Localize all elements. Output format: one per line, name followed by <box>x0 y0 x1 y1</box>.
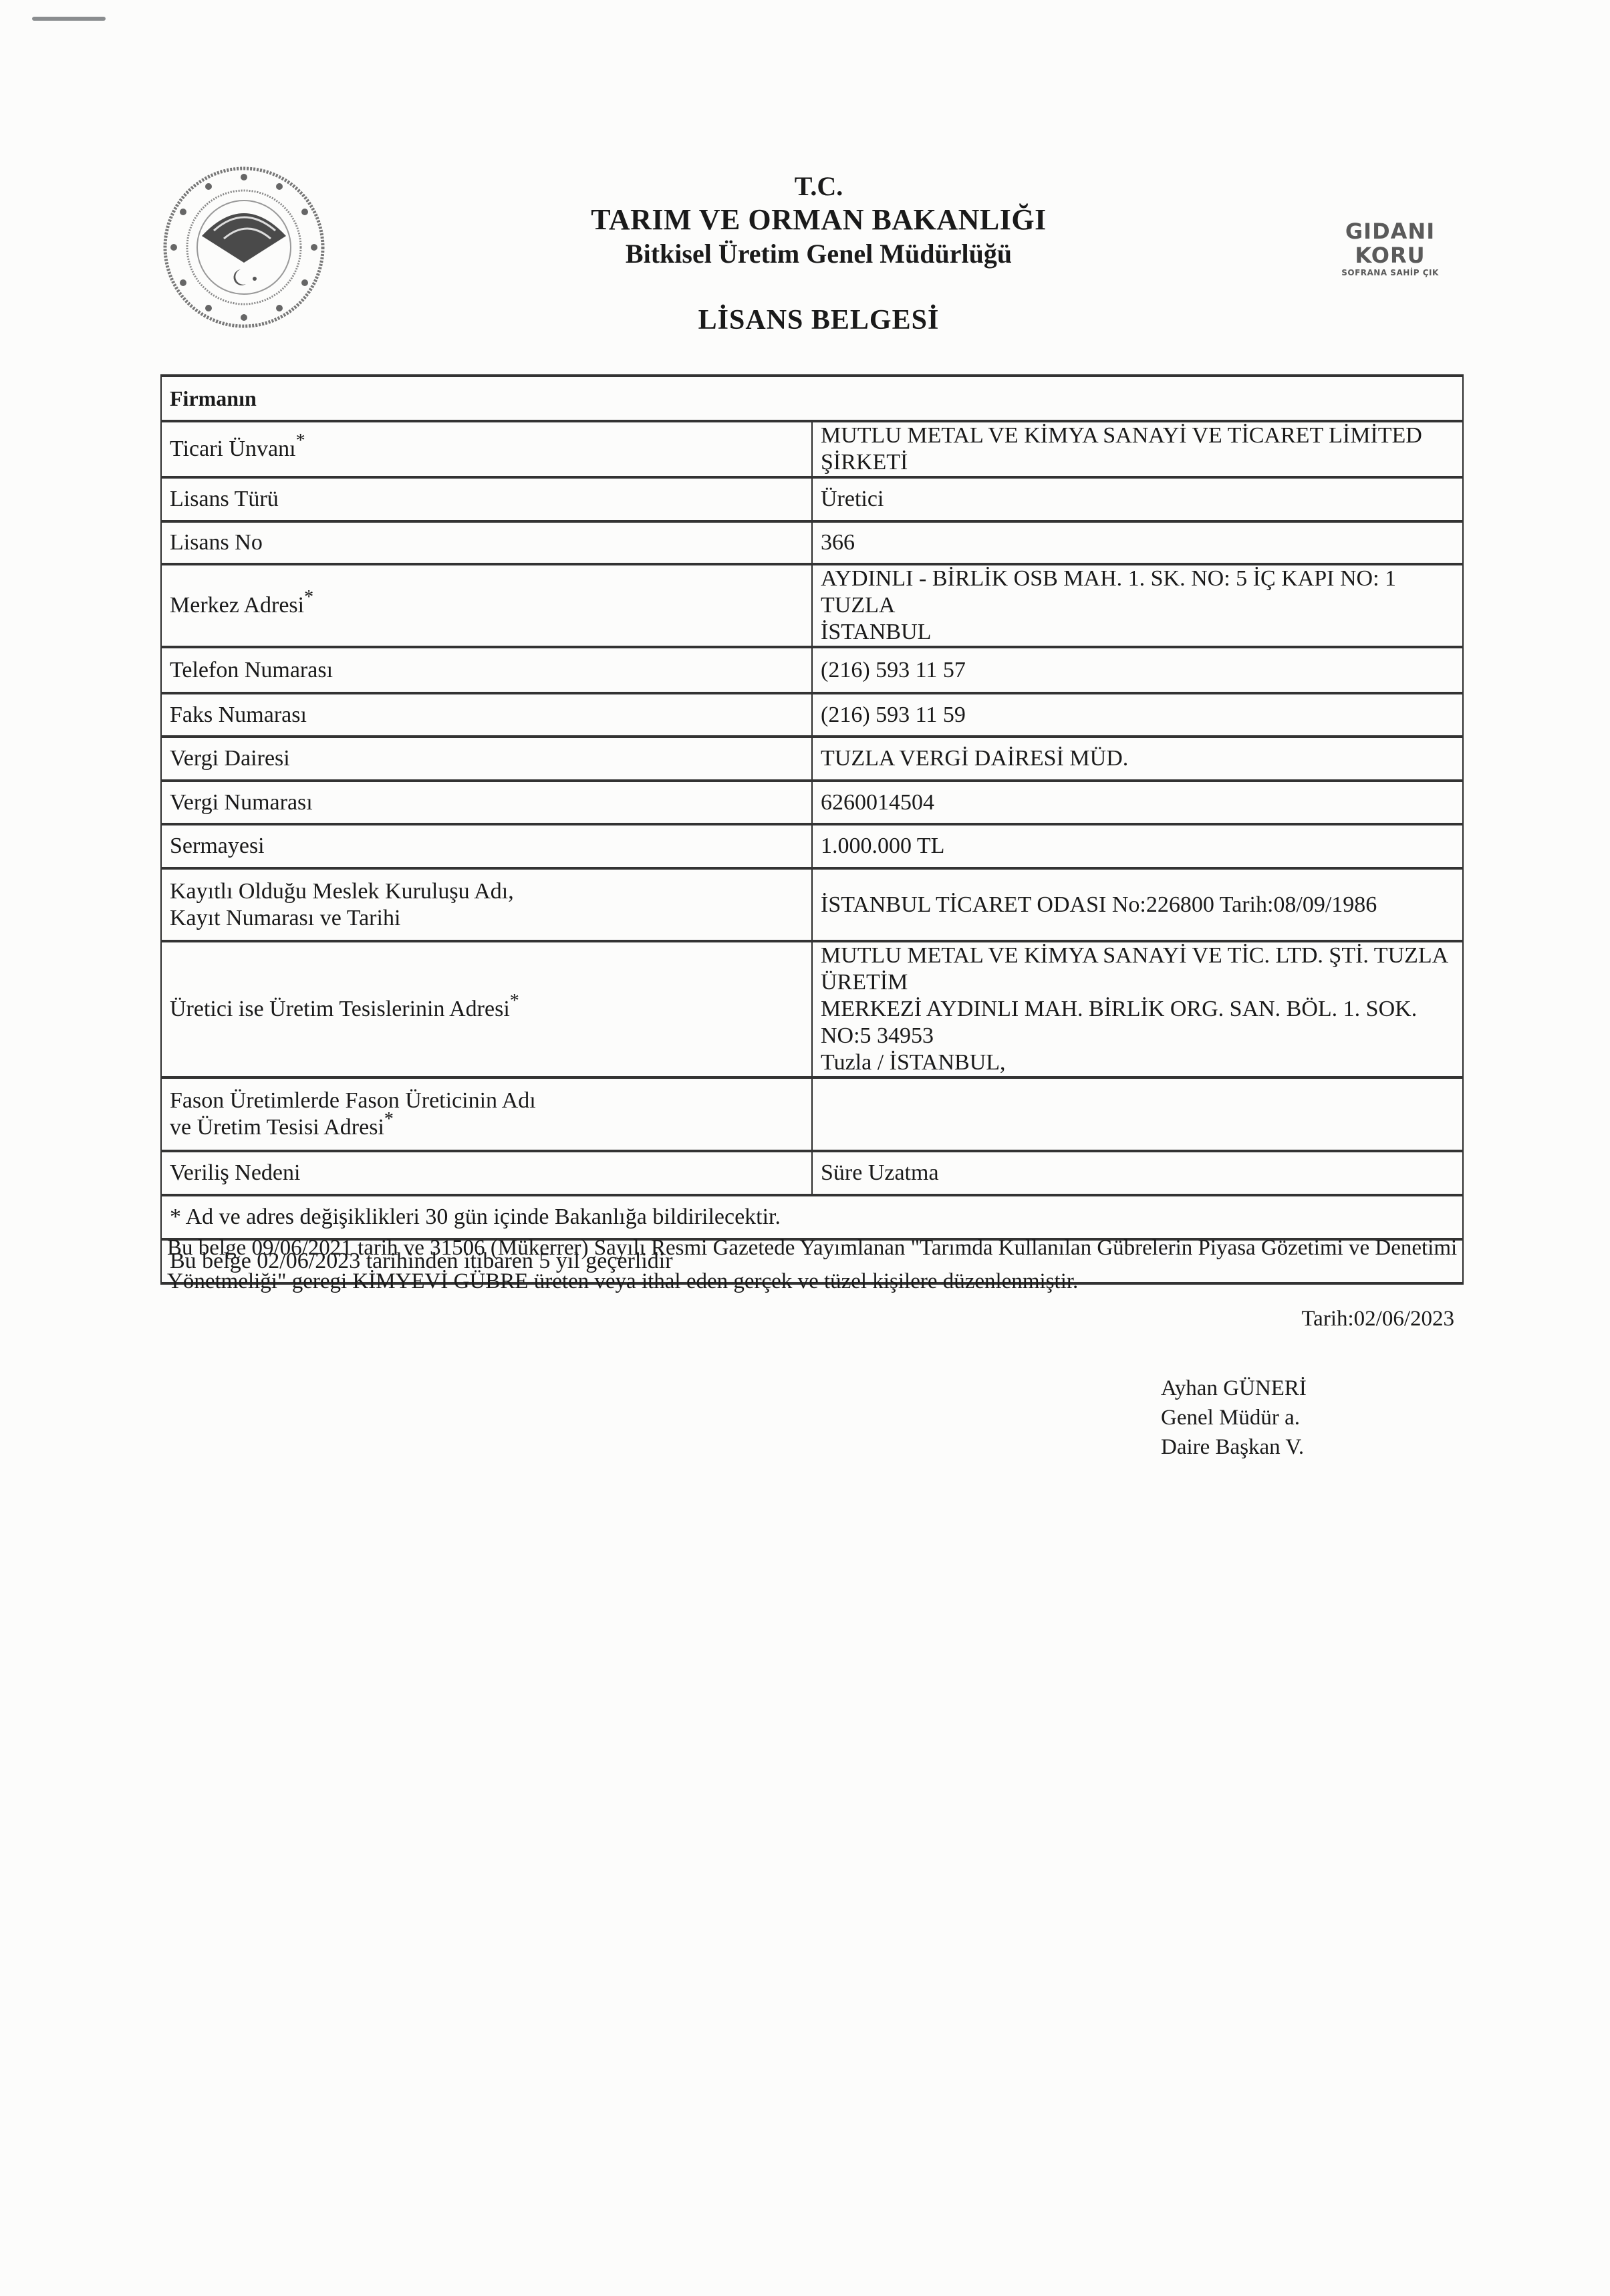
table-row: Telefon Numarası(216) 593 11 57 <box>161 647 1463 693</box>
field-label: Vergi Numarası <box>161 781 812 824</box>
logo-sub-text: SOFRANA SAHİP ÇIK <box>1307 267 1474 278</box>
required-asterisk: * <box>304 587 313 608</box>
signature-block: Ayhan GÜNERİ Genel Müdür a. Daire Başkan… <box>1161 1374 1307 1462</box>
field-label: Ticari Ünvanı* <box>161 421 812 477</box>
issue-date: Tarih:02/06/2023 <box>1301 1307 1454 1331</box>
field-value: TUZLA VERGİ DAİRESİ MÜD. <box>812 737 1463 781</box>
section-header-row: Firmanın <box>161 376 1463 421</box>
signatory-title-1: Genel Müdür a. <box>1161 1403 1307 1432</box>
document-title: LİSANS BELGESİ <box>468 304 1170 336</box>
field-label: Lisans Türü <box>161 477 812 521</box>
field-value: MUTLU METAL VE KİMYA SANAYİ VE TİCARET L… <box>812 421 1463 477</box>
table-row: Üretici ise Üretim Tesislerinin Adresi*M… <box>161 941 1463 1077</box>
table-row: Sermayesi1.000.000 TL <box>161 824 1463 868</box>
field-label: Üretici ise Üretim Tesislerinin Adresi* <box>161 941 812 1077</box>
field-value: MUTLU METAL VE KİMYA SANAYİ VE TİC. LTD.… <box>812 941 1463 1077</box>
required-asterisk: * <box>510 991 519 1011</box>
table-row: Vergi Numarası6260014504 <box>161 781 1463 824</box>
legal-statement: Bu belge 09/06/2021 tarih ve 31506 (Müke… <box>167 1231 1464 1298</box>
field-value <box>812 1077 1463 1151</box>
scan-artifact-line <box>32 17 106 21</box>
field-value: (216) 593 11 59 <box>812 693 1463 737</box>
field-label: Fason Üretimlerde Fason Üreticinin Adıve… <box>161 1077 812 1151</box>
table-row: Faks Numarası(216) 593 11 59 <box>161 693 1463 737</box>
table-row: Lisans No366 <box>161 521 1463 564</box>
field-value: Üretici <box>812 477 1463 521</box>
field-label: Faks Numarası <box>161 693 812 737</box>
table-row: Lisans TürüÜretici <box>161 477 1463 521</box>
required-asterisk: * <box>296 430 305 451</box>
ministry-seal-icon <box>160 164 327 331</box>
table-row: Vergi DairesiTUZLA VERGİ DAİRESİ MÜD. <box>161 737 1463 781</box>
table-row: Kayıtlı Olduğu Meslek Kuruluşu Adı,Kayıt… <box>161 868 1463 941</box>
field-label: Merkez Adresi* <box>161 564 812 647</box>
field-label: Sermayesi <box>161 824 812 868</box>
field-value: İSTANBUL TİCARET ODASI No:226800 Tarih:0… <box>812 868 1463 941</box>
field-label: Veriliş Nedeni <box>161 1151 812 1195</box>
header-ministry: TARIM VE ORMAN BAKANLIĞI <box>468 203 1170 237</box>
table-row: Merkez Adresi*AYDINLI - BİRLİK OSB MAH. … <box>161 564 1463 647</box>
field-label: Kayıtlı Olduğu Meslek Kuruluşu Adı,Kayıt… <box>161 868 812 941</box>
gidani-koru-logo: GIDANI KORU SOFRANA SAHİP ÇIK <box>1307 219 1474 278</box>
field-value: AYDINLI - BİRLİK OSB MAH. 1. SK. NO: 5 İ… <box>812 564 1463 647</box>
field-label: Vergi Dairesi <box>161 737 812 781</box>
field-label: Telefon Numarası <box>161 647 812 693</box>
header-tc: T.C. <box>468 170 1170 203</box>
field-value: 6260014504 <box>812 781 1463 824</box>
signatory-name: Ayhan GÜNERİ <box>1161 1374 1307 1403</box>
logo-main-text: GIDANI KORU <box>1307 219 1474 267</box>
field-label: Lisans No <box>161 521 812 564</box>
field-value: 1.000.000 TL <box>812 824 1463 868</box>
signatory-title-2: Daire Başkan V. <box>1161 1432 1307 1462</box>
header-directorate: Bitkisel Üretim Genel Müdürlüğü <box>468 237 1170 271</box>
license-table: Firmanın Ticari Ünvanı*MUTLU METAL VE Kİ… <box>160 374 1464 1285</box>
section-header: Firmanın <box>161 376 1463 421</box>
required-asterisk: * <box>384 1109 394 1130</box>
field-value: Süre Uzatma <box>812 1151 1463 1195</box>
table-row: Fason Üretimlerde Fason Üreticinin Adıve… <box>161 1077 1463 1151</box>
document-header: T.C. TARIM VE ORMAN BAKANLIĞI Bitkisel Ü… <box>468 170 1170 271</box>
field-value: (216) 593 11 57 <box>812 647 1463 693</box>
table-row: Ticari Ünvanı*MUTLU METAL VE KİMYA SANAY… <box>161 421 1463 477</box>
table-row: Veriliş NedeniSüre Uzatma <box>161 1151 1463 1195</box>
field-value: 366 <box>812 521 1463 564</box>
